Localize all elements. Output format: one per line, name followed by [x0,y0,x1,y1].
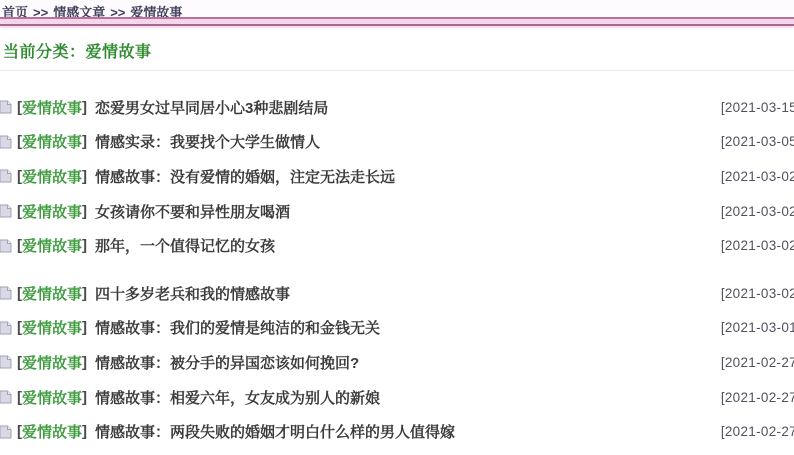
article-list: [爱情故事] 恋爱男女过早同居小心3种悲剧结局 [2021-03-15] [爱情… [0,71,794,449]
breadcrumb-link-love-stories[interactable]: 爱情故事 [130,5,182,17]
document-icon [0,100,12,114]
tag-bracket: ] [82,389,87,406]
category-tag-link[interactable]: 爱情故事 [22,421,82,442]
article-date: [2021-03-02] [721,204,794,219]
pink-divider [0,17,794,26]
category-tag-link[interactable]: 爱情故事 [22,131,82,152]
article-list-page: 首页>>情感文章>>爱情故事 当前分类：爱情故事 [爱情故事] 恋爱男女过早同居… [0,0,794,455]
article-title-link[interactable]: 情感故事：没有爱情的婚姻，注定无法走长远 [95,166,395,187]
article-row: [爱情故事] 情感故事：我们的爱情是纯洁的和金钱无关 [2021-03-01] [0,311,794,346]
document-icon [0,204,12,218]
document-icon [0,390,12,404]
document-icon [0,169,12,183]
article-title-link[interactable]: 女孩请你不要和异性朋友喝酒 [95,201,290,222]
article-row: [爱情故事] 情感故事：被分手的异国恋该如何挽回? [2021-02-27] [0,345,794,380]
article-row: [爱情故事] 那年，一个值得记忆的女孩 [2021-03-02] [0,228,794,263]
document-icon [0,425,12,439]
category-tag-link[interactable]: 爱情故事 [22,317,82,338]
category-tag-link[interactable]: 爱情故事 [22,387,82,408]
article-group-1: [爱情故事] 恋爱男女过早同居小心3种悲剧结局 [2021-03-15] [爱情… [0,90,794,263]
breadcrumb-link-emotion-articles[interactable]: 情感文章 [53,5,105,17]
breadcrumb-link-home[interactable]: 首页 [2,5,28,17]
category-tag-link[interactable]: 爱情故事 [22,166,82,187]
article-title-link[interactable]: 恋爱男女过早同居小心3种悲剧结局 [95,97,328,118]
category-tag-link[interactable]: 爱情故事 [22,97,82,118]
tag-bracket: ] [82,285,87,302]
article-title-link[interactable]: 情感故事：两段失败的婚姻才明白什么样的男人值得嫁 [95,421,455,442]
tag-bracket: ] [82,354,87,371]
article-title-link[interactable]: 那年，一个值得记忆的女孩 [95,235,275,256]
breadcrumb: 首页>>情感文章>>爱情故事 [0,0,794,17]
article-row: [爱情故事] 情感故事：两段失败的婚姻才明白什么样的男人值得嫁 [2021-02… [0,414,794,449]
tag-bracket: ] [82,203,87,220]
document-icon [0,239,12,253]
category-header-name: 爱情故事 [86,44,152,61]
article-date: [2021-03-02] [721,238,794,253]
document-icon [0,286,12,300]
document-icon [0,321,12,335]
article-date: [2021-03-02] [721,169,794,184]
category-header-label: 当前分类： [3,44,86,61]
article-title-link[interactable]: 情感故事：被分手的异国恋该如何挽回? [95,352,359,373]
article-group-2: [爱情故事] 四十多岁老兵和我的情感故事 [2021-03-02] [爱情故事]… [0,276,794,449]
article-row: [爱情故事] 女孩请你不要和异性朋友喝酒 [2021-03-02] [0,194,794,229]
breadcrumb-separator: >> [110,5,125,17]
category-header: 当前分类：爱情故事 [0,26,794,71]
article-date: [2021-02-27] [721,390,794,405]
category-tag-link[interactable]: 爱情故事 [22,352,82,373]
tag-bracket: ] [82,168,87,185]
tag-bracket: ] [82,319,87,336]
article-date: [2021-02-27] [721,424,794,439]
article-row: [爱情故事] 情感实录：我要找个大学生做情人 [2021-03-05] [0,125,794,160]
article-row: [爱情故事] 恋爱男女过早同居小心3种悲剧结局 [2021-03-15] [0,90,794,125]
tag-bracket: ] [82,99,87,116]
tag-bracket: ] [82,133,87,150]
category-tag-link[interactable]: 爱情故事 [22,201,82,222]
document-icon [0,355,12,369]
article-date: [2021-02-27] [721,355,794,370]
article-title-link[interactable]: 情感故事：我们的爱情是纯洁的和金钱无关 [95,317,380,338]
article-row: [爱情故事] 情感故事：相爱六年，女友成为别人的新娘 [2021-02-27] [0,380,794,415]
breadcrumb-separator: >> [33,5,48,17]
category-tag-link[interactable]: 爱情故事 [22,283,82,304]
article-date: [2021-03-01] [721,320,794,335]
article-title-link[interactable]: 情感实录：我要找个大学生做情人 [95,131,320,152]
tag-bracket: ] [82,423,87,440]
tag-bracket: ] [82,237,87,254]
article-row: [爱情故事] 情感故事：没有爱情的婚姻，注定无法走长远 [2021-03-02] [0,159,794,194]
article-title-link[interactable]: 四十多岁老兵和我的情感故事 [95,283,290,304]
article-date: [2021-03-05] [721,134,794,149]
article-title-link[interactable]: 情感故事：相爱六年，女友成为别人的新娘 [95,387,380,408]
document-icon [0,135,12,149]
article-date: [2021-03-15] [721,100,794,115]
article-date: [2021-03-02] [721,286,794,301]
category-tag-link[interactable]: 爱情故事 [22,235,82,256]
article-row: [爱情故事] 四十多岁老兵和我的情感故事 [2021-03-02] [0,276,794,311]
